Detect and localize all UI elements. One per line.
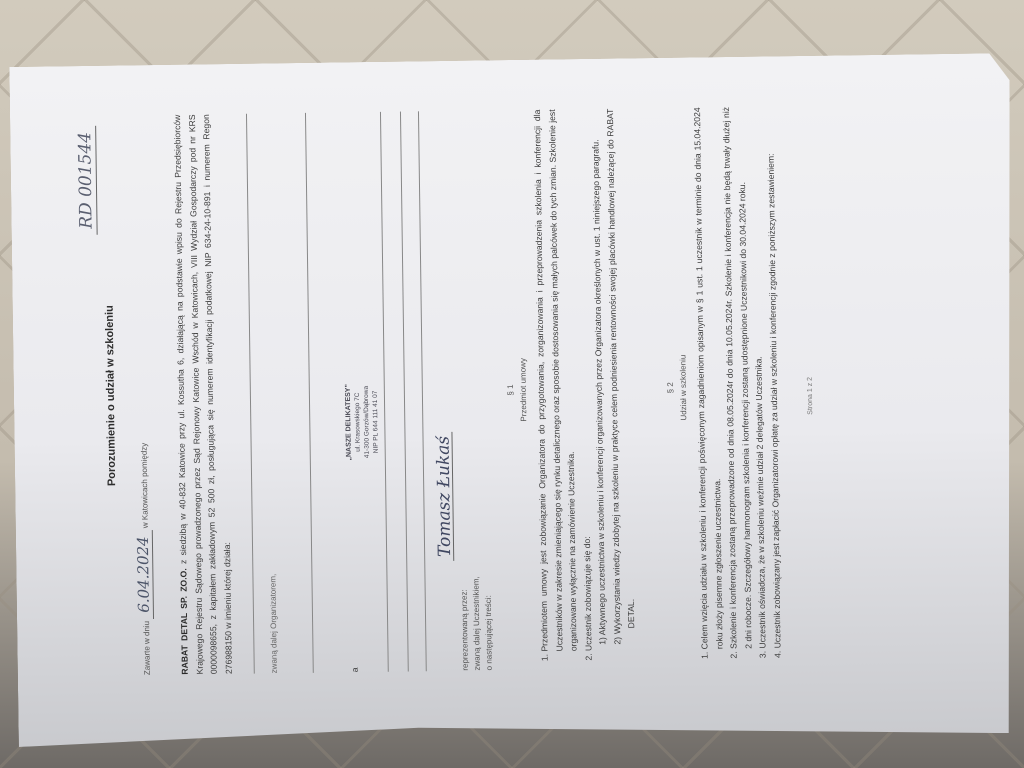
organizer-name: RABAT DETAL SP. ZO.O. (178, 568, 189, 674)
blank-line (400, 112, 409, 672)
representation-block: reprezentowaną przez: zwaną dalej Uczest… (458, 576, 495, 671)
section-1: § 1 Przedmiot umowy Przedmiotem umowy je… (500, 108, 639, 670)
company-stamp: „NASZE DELIKATESY” ul. Krasowskiego 7C 4… (343, 332, 382, 512)
handwritten-date: 6.04.2024 (134, 530, 154, 619)
section-2-list: Celem wzięcia udziału w szkoleniu i konf… (690, 106, 785, 667)
paper-sheet: Porozumienie o udział w szkoleniu RD 001… (9, 53, 1018, 747)
section-2: § 2 Udział w szkoleniu Celem wzięcia udz… (660, 106, 785, 668)
handwritten-signature: Tomasz Łukaś (436, 432, 453, 561)
party-organizer: RABAT DETAL SP. ZO.O. z siedzibą w 40-83… (170, 114, 236, 675)
title-row: Porozumienie o udział w szkoleniu RD 001… (100, 116, 122, 676)
blank-line (305, 113, 314, 673)
dateline-prefix: Zawarte w dniu (142, 621, 152, 675)
section-1-item-text: Uczestnik zobowiązuje się do: (581, 536, 593, 651)
blank-line (246, 114, 255, 674)
section-1-item: Uczestnik zobowiązuje się do: 1) Aktywne… (573, 108, 639, 651)
participant-role-label: zwaną dalej Uczestnikiem, (470, 576, 483, 670)
handwritten-doc-number: RD 001544 (78, 126, 97, 235)
section-1-item: Przedmiotem umowy jest zobowiązanie Orga… (530, 109, 581, 652)
organizer-role-label: zwaną dalej Organizatorem, (266, 574, 282, 674)
dateline: Zawarte w dniu 6.04.2024 w Katowicach po… (135, 443, 156, 676)
section-1-sublist: 1) Aktywnego uczestnictwa w szkoleniu i … (588, 108, 639, 651)
blank-line (418, 111, 427, 671)
section-1-list: Przedmiotem umowy jest zobowiązanie Orga… (530, 108, 639, 669)
conjunction: a (350, 667, 360, 672)
page-footer: Strona 1 z 2 (800, 86, 823, 706)
content-label: o następującej treści: (482, 576, 495, 670)
dateline-suffix: w Katowicach pomiędzy (140, 443, 150, 528)
blank-line (380, 112, 389, 672)
document-title: Porozumienie o udział w szkoleniu (100, 116, 122, 676)
stamp-nip: NIP PL 644 111 41 07 (370, 332, 382, 512)
document-page: Porozumienie o udział w szkoleniu RD 001… (60, 84, 969, 717)
